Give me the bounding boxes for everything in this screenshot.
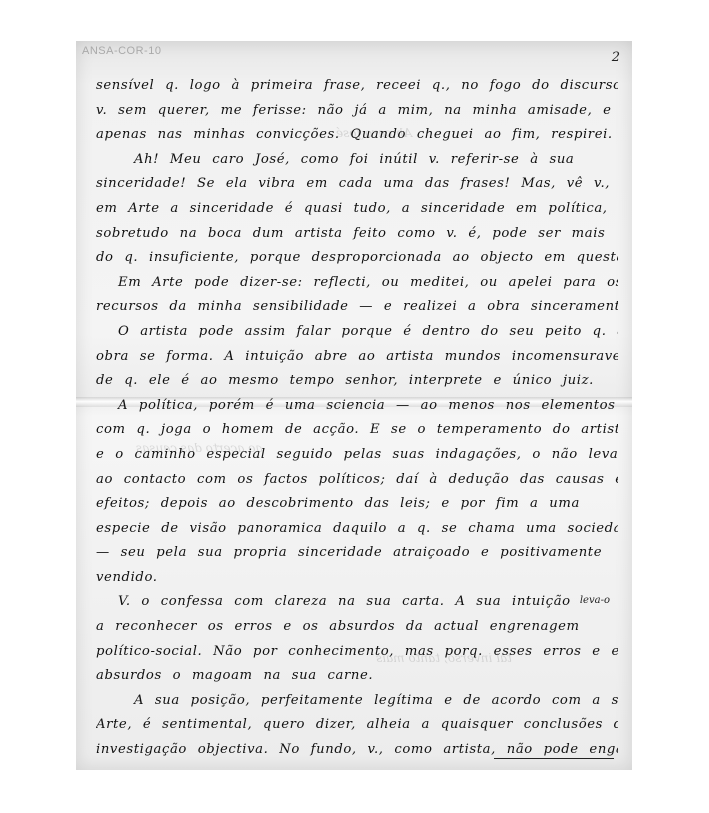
text-line: V. o confessa com clareza na sua carta. … (96, 590, 618, 615)
text-line: de q. ele é ao mesmo tempo senhor, inter… (96, 369, 618, 394)
text-line: O artista pode assim falar porque é dent… (96, 320, 618, 345)
text-line: do q. insuficiente, porque desproporcion… (96, 246, 618, 271)
text-line: A política, porém é uma sciencia — ao me… (96, 394, 618, 419)
text-line: Arte, é sentimental, quero dizer, alheia… (96, 713, 618, 738)
page-number: 2 (612, 50, 620, 65)
text-line: sobretudo na boca dum artista feito como… (96, 222, 618, 247)
text-line: especie de visão panoramica daquilo a q.… (96, 517, 618, 542)
text-line: obra se forma. A intuição abre ao artist… (96, 345, 618, 370)
text-line: efeitos; depois ao descobrimento das lei… (96, 492, 618, 517)
text-line: em Arte a sinceridade é quasi tudo, a si… (96, 197, 618, 222)
text-line: a reconhecer os erros e os absurdos da a… (96, 615, 618, 640)
letter-page: Ah caro José ao acerto das causas tal in… (76, 41, 632, 770)
text-line: político-social. Não por conhecimento, m… (96, 640, 618, 665)
text-line: Em Arte pode dizer-se: reflecti, ou medi… (96, 271, 618, 296)
text-line: recursos da minha sensibilidade — e real… (96, 295, 618, 320)
handwritten-text: sensível q. logo à primeira frase, recee… (96, 74, 618, 763)
text-line: absurdos o magoam na sua carne. (96, 664, 618, 689)
text-line: A sua posição, perfeitamente legítima e … (96, 689, 618, 714)
underline-mark (494, 758, 614, 759)
text-line: apenas nas minhas convicções. Quando che… (96, 123, 618, 148)
text-line: sinceridade! Se ela vibra em cada uma da… (96, 172, 618, 197)
text-line: Ah! Meu caro José, como foi inútil v. re… (96, 148, 618, 173)
text-line: sensível q. logo à primeira frase, recee… (96, 74, 618, 99)
archive-id-stamp: ANSA-COR-10 (82, 45, 161, 57)
text-line: v. sem querer, me ferisse: não já a mim,… (96, 99, 618, 124)
text-line: e o caminho especial seguido pelas suas … (96, 443, 618, 468)
text-line: — seu pela sua propria sinceridade atrai… (96, 541, 618, 566)
text-line: vendido. (96, 566, 618, 591)
margin-insertion: leva-o (580, 595, 610, 606)
text-line: ao contacto com os factos políticos; daí… (96, 468, 618, 493)
text-line: com q. joga o homem de acção. E se o tem… (96, 418, 618, 443)
